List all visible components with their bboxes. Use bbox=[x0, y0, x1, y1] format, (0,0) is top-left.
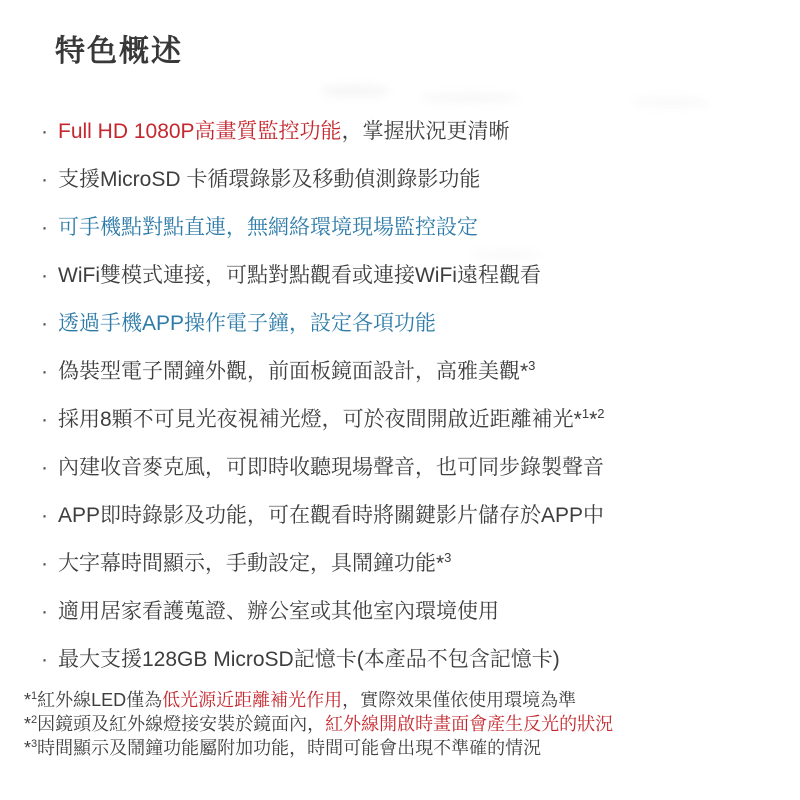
footnote-ref-3: 3 bbox=[444, 550, 451, 565]
footnote-ref-2: 2 bbox=[597, 406, 604, 421]
bullet-dot: · bbox=[41, 600, 48, 623]
footnotes-section: *1紅外線LED僅為低光源近距離補光作用，實際效果僅依使用環境為準 *2因鏡頭及… bbox=[24, 691, 613, 763]
footnote-text: 時間顯示及鬧鐘功能屬附加功能，時間可能會出現不準確的情況 bbox=[37, 738, 541, 758]
feature-text: 採用8顆不可見光夜視補光燈，可於夜間開啟近距離補光* bbox=[58, 408, 582, 431]
page-title: 特色概述 bbox=[55, 26, 183, 70]
footnote-star: * bbox=[24, 690, 31, 710]
feature-item-microsd-loop: ·支援MicroSD 卡循環錄影及移動偵測錄影功能 bbox=[41, 168, 605, 191]
feature-item-max-storage: ·最大支援128GB MicroSD記憶卡(本產品不包含記憶卡) bbox=[41, 648, 605, 671]
bullet-dot: · bbox=[41, 408, 48, 431]
feature-overview-page: 特色概述 ·Full HD 1080P高畫質監控功能，掌握狀況更清晰 ·支援Mi… bbox=[0, 0, 800, 800]
bullet-dot: · bbox=[41, 456, 48, 479]
footnote-text: 紅外線LED僅為 bbox=[37, 690, 162, 710]
feature-text: 內建收音麥克風，可即時收聽現場聲音，也可同步錄製聲音 bbox=[58, 456, 604, 479]
feature-text-highlight: 透過手機APP操作電子鐘，設定各項功能 bbox=[58, 312, 436, 335]
footnote-2: *2因鏡頭及紅外線燈接安裝於鏡面內，紅外線開啟時畫面會產生反光的狀況 bbox=[24, 715, 613, 734]
watermark-smudge bbox=[420, 92, 520, 104]
feature-list: ·Full HD 1080P高畫質監控功能，掌握狀況更清晰 ·支援MicroSD… bbox=[41, 120, 605, 696]
footnote-ref-3: 3 bbox=[528, 358, 535, 373]
feature-item-app-record: ·APP即時錄影及功能，可在觀看時將關鍵影片儲存於APP中 bbox=[41, 504, 605, 527]
footnote-text-highlight: 低光源近距離補光作用 bbox=[162, 690, 342, 710]
watermark-smudge bbox=[320, 84, 390, 98]
feature-item-wifi-dual: ·WiFi雙模式連接，可點對點觀看或連接WiFi遠程觀看 bbox=[41, 264, 605, 287]
bullet-dot: · bbox=[41, 360, 48, 383]
feature-item-p2p-direct: ·可手機點對點直連，無網絡環境現場監控設定 bbox=[41, 216, 605, 239]
bullet-dot: · bbox=[41, 168, 48, 191]
bullet-dot: · bbox=[41, 552, 48, 575]
footnote-ref-1: 1 bbox=[582, 406, 589, 421]
feature-text: 最大支援128GB MicroSD記憶卡(本產品不包含記憶卡) bbox=[58, 648, 560, 671]
footnote-3: *3時間顯示及鬧鐘功能屬附加功能，時間可能會出現不準確的情況 bbox=[24, 739, 613, 758]
bullet-dot: · bbox=[41, 216, 48, 239]
footnote-star: * bbox=[24, 714, 31, 734]
feature-item-fullhd: ·Full HD 1080P高畫質監控功能，掌握狀況更清晰 bbox=[41, 120, 605, 143]
footnote-star: * bbox=[24, 738, 31, 758]
feature-text: WiFi雙模式連接，可點對點觀看或連接WiFi遠程觀看 bbox=[58, 264, 541, 287]
footnote-text: ，實際效果僅依使用環境為準 bbox=[342, 690, 576, 710]
feature-item-app-control: ·透過手機APP操作電子鐘，設定各項功能 bbox=[41, 312, 605, 335]
feature-text: 適用居家看護蒐證、辦公室或其他室內環境使用 bbox=[58, 600, 499, 623]
feature-text: 偽裝型電子鬧鐘外觀，前面板鏡面設計，高雅美觀* bbox=[58, 360, 528, 383]
bullet-dot: · bbox=[41, 120, 48, 143]
feature-text-highlight: 可手機點對點直連，無網絡環境現場監控設定 bbox=[58, 216, 478, 239]
watermark-smudge bbox=[630, 96, 710, 108]
feature-item-use-cases: ·適用居家看護蒐證、辦公室或其他室內環境使用 bbox=[41, 600, 605, 623]
feature-item-ir-leds: ·採用8顆不可見光夜視補光燈，可於夜間開啟近距離補光*1*2 bbox=[41, 408, 605, 431]
feature-text: 大字幕時間顯示，手動設定，具鬧鐘功能* bbox=[58, 552, 444, 575]
bullet-dot: · bbox=[41, 504, 48, 527]
feature-text: ，掌握狀況更清晰 bbox=[342, 120, 510, 143]
footnote-1: *1紅外線LED僅為低光源近距離補光作用，實際效果僅依使用環境為準 bbox=[24, 691, 613, 710]
bullet-dot: · bbox=[41, 648, 48, 671]
footnote-text: 因鏡頭及紅外線燈接安裝於鏡面內， bbox=[37, 714, 325, 734]
feature-text: APP即時錄影及功能，可在觀看時將關鍵影片儲存於APP中 bbox=[58, 504, 604, 527]
feature-item-microphone: ·內建收音麥克風，可即時收聽現場聲音，也可同步錄製聲音 bbox=[41, 456, 605, 479]
feature-item-time-display: ·大字幕時間顯示，手動設定，具鬧鐘功能*3 bbox=[41, 552, 605, 575]
footnote-text-highlight: 紅外線開啟時畫面會產生反光的狀況 bbox=[325, 714, 613, 734]
feature-text-highlight: Full HD 1080P高畫質監控功能 bbox=[58, 120, 342, 143]
bullet-dot: · bbox=[41, 312, 48, 335]
feature-item-clock-design: ·偽裝型電子鬧鐘外觀，前面板鏡面設計，高雅美觀*3 bbox=[41, 360, 605, 383]
feature-text: 支援MicroSD 卡循環錄影及移動偵測錄影功能 bbox=[58, 168, 480, 191]
bullet-dot: · bbox=[41, 264, 48, 287]
